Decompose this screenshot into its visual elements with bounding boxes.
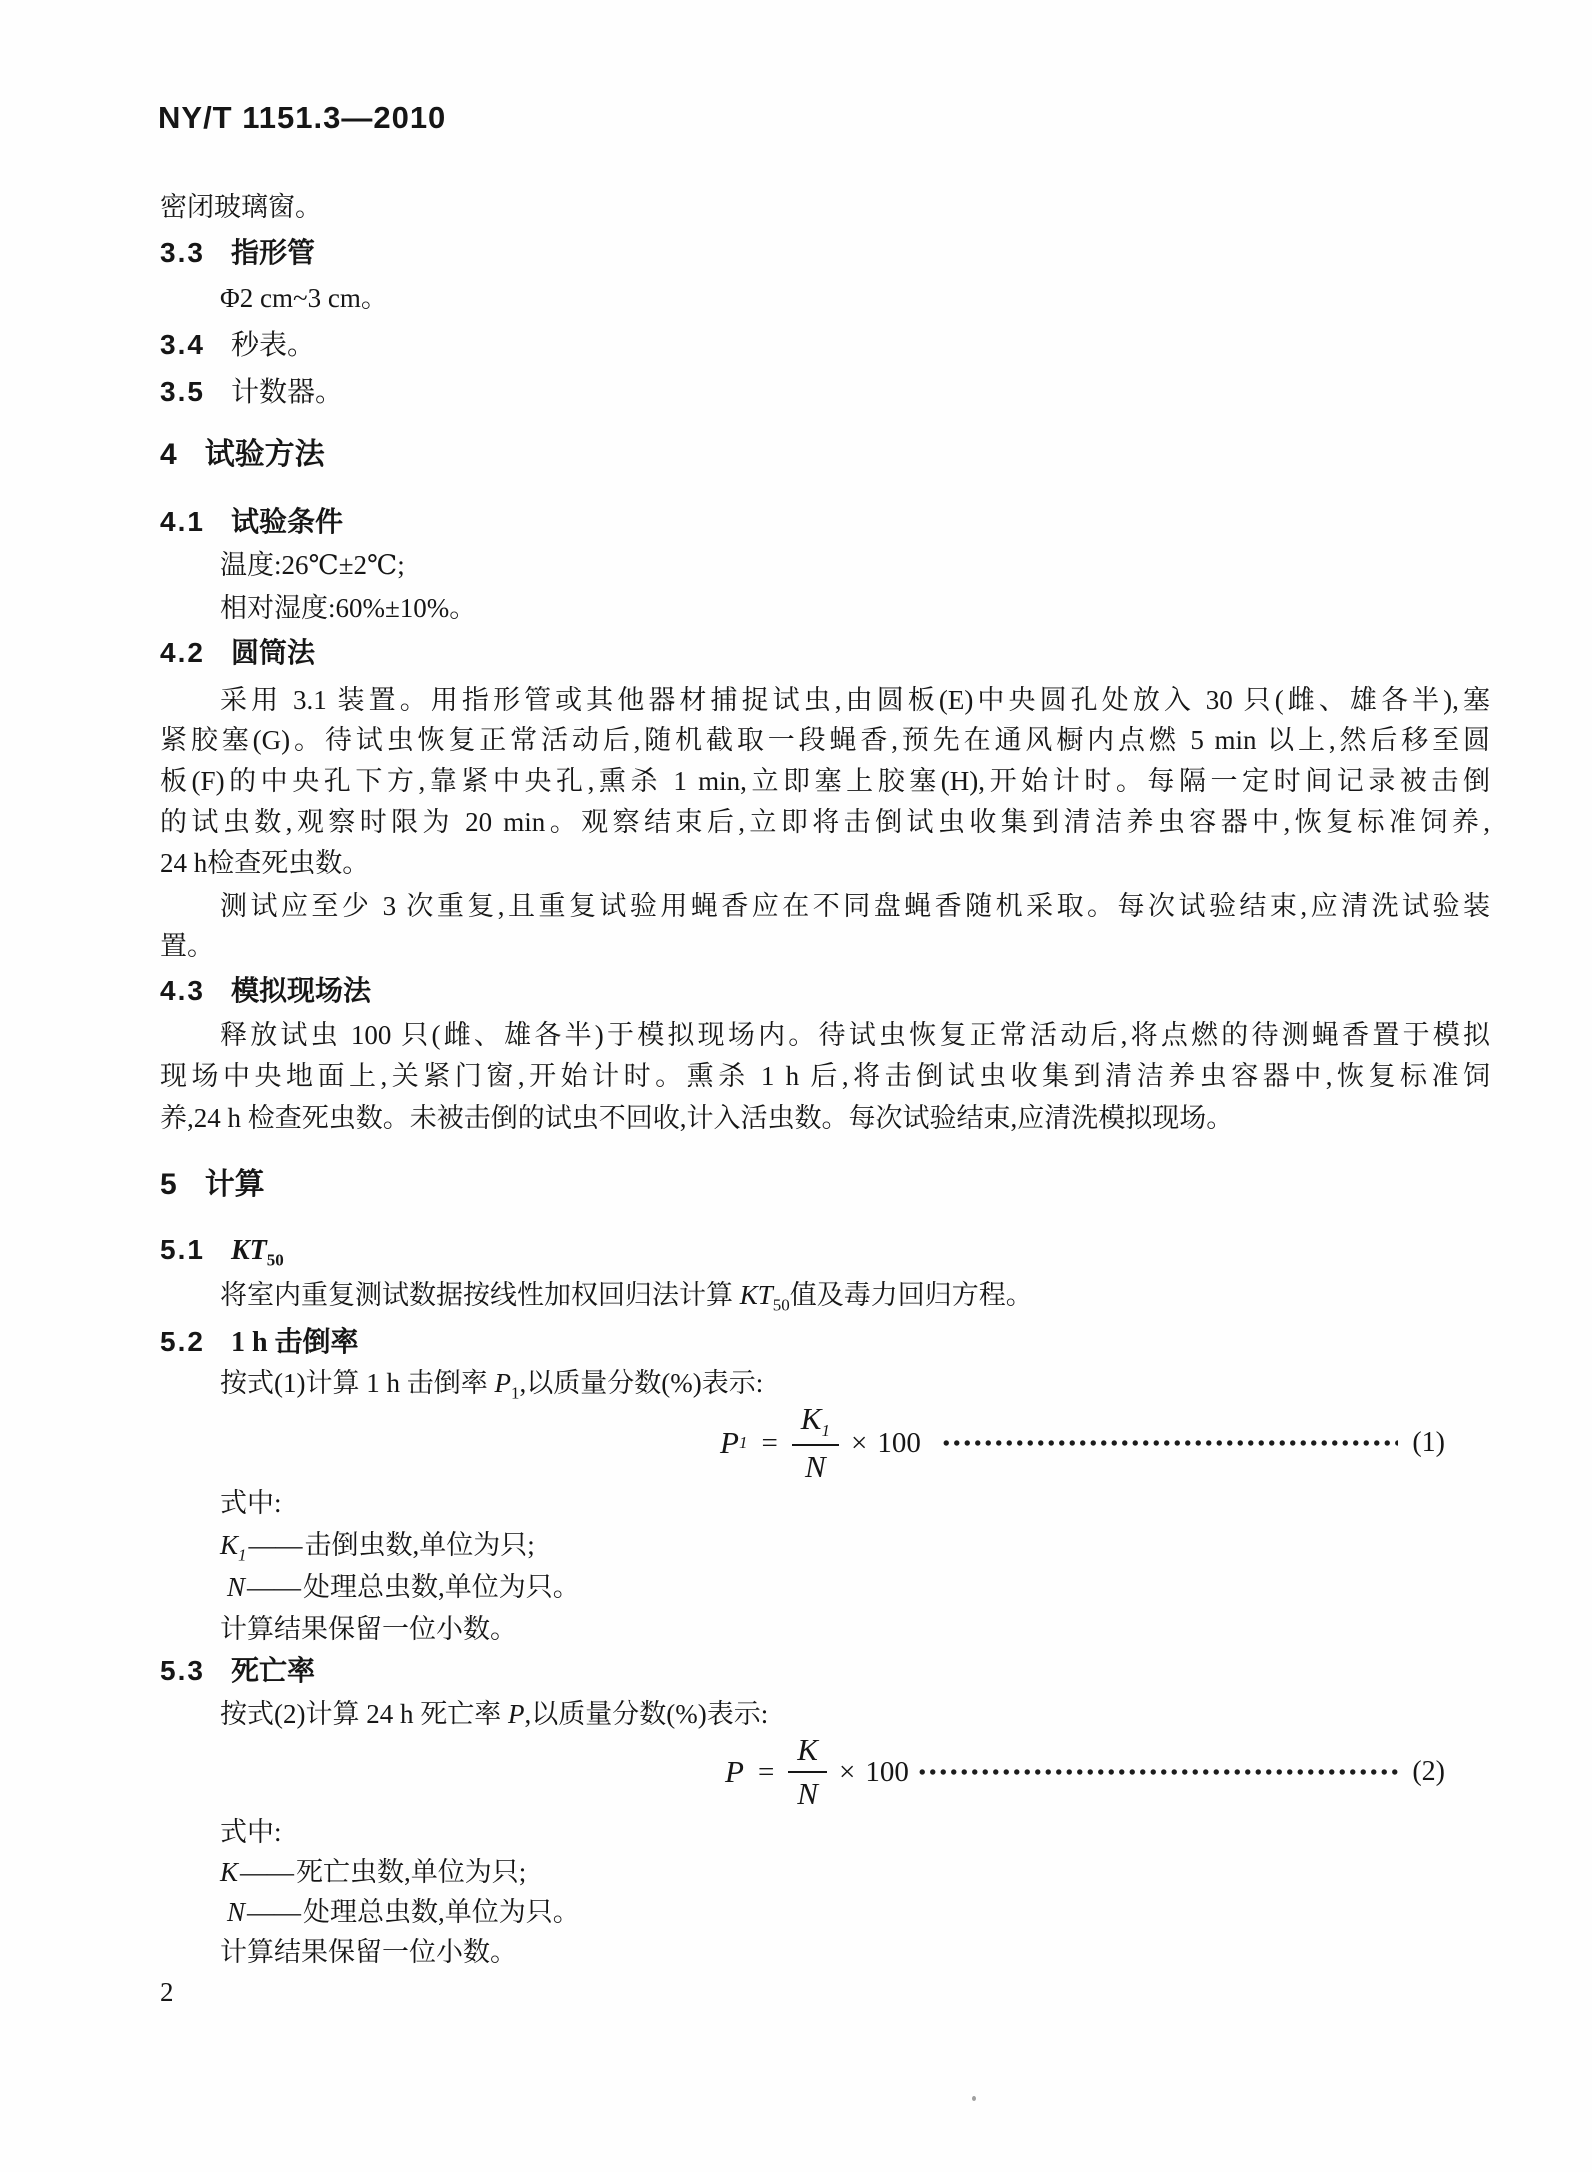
definition-text: 死亡虫数,单位为只; bbox=[296, 1857, 526, 1887]
formula-lhs: P bbox=[725, 1754, 744, 1790]
section-title: 试验方法 bbox=[205, 438, 325, 471]
section-heading-5-2: 5.21 h 击倒率 bbox=[160, 1322, 359, 1363]
paragraph-line: 将室内重复测试数据按线性加权回归法计算 KT50值及毒力回归方程。 bbox=[160, 1275, 1490, 1325]
scan-speck bbox=[972, 2096, 976, 2101]
section-title: 1 h 击倒率 bbox=[231, 1327, 359, 1358]
definition-text: 处理总虫数,单位为只。 bbox=[303, 1897, 580, 1927]
formula-lhs-subscript: 1 bbox=[739, 1433, 748, 1453]
definition-dash: —— bbox=[247, 1572, 301, 1602]
section-heading-4-2: 4.2圆筒法 bbox=[160, 633, 315, 674]
subscript: 50 bbox=[773, 1295, 790, 1314]
section-title: 试验条件 bbox=[231, 507, 343, 538]
formula-1: P1 = K1N × 100 (1) bbox=[160, 1403, 1445, 1483]
fraction-numerator: K bbox=[788, 1732, 827, 1773]
paragraph-line: 按式(2)计算 24 h 死亡率 P,以质量分数(%)表示: bbox=[160, 1694, 1490, 1734]
section-number: 4 bbox=[160, 438, 179, 471]
formula-2: P = KN × 100 (2) bbox=[160, 1732, 1445, 1812]
section-title: 指形管 bbox=[231, 238, 315, 269]
section-heading-4-3: 4.3模拟现场法 bbox=[160, 971, 371, 1012]
text-segment: 按式(1)计算 1 h 击倒率 bbox=[220, 1368, 494, 1398]
definition-text: 处理总虫数,单位为只。 bbox=[303, 1572, 580, 1602]
fraction: KN bbox=[788, 1732, 827, 1811]
section-title: 计算 bbox=[205, 1168, 265, 1201]
dot-leader bbox=[941, 1435, 1399, 1451]
equation-number: (2) bbox=[1412, 1756, 1445, 1788]
standard-number: NY/T 1151.3—2010 bbox=[158, 100, 446, 136]
section-title: 计数器。 bbox=[231, 377, 343, 408]
variable-kt: KT bbox=[740, 1280, 773, 1310]
paragraph-line: 释放试虫 100 只(雌、雄各半)于模拟现场内。待试虫恢复正常活动后,将点燃的待… bbox=[160, 1015, 1490, 1055]
document-page: NY/T 1151.3—2010 密闭玻璃窗。 3.3指形管 Φ2 cm~3 c… bbox=[0, 0, 1592, 2172]
section-heading-5-1: 5.1KT50 bbox=[160, 1230, 284, 1281]
section-number: 4.1 bbox=[160, 506, 205, 537]
section-number: 5 bbox=[160, 1168, 179, 1201]
paragraph-line: Φ2 cm~3 cm。 bbox=[160, 278, 1490, 318]
paragraph-line: 温度:26℃±2℃; bbox=[160, 545, 1490, 585]
section-heading-5-3: 5.3死亡率 bbox=[160, 1651, 315, 1692]
subscript: 1 bbox=[821, 1421, 830, 1440]
paragraph-line: 24 h检查死虫数。 bbox=[160, 843, 1490, 883]
equals-sign: = bbox=[758, 1756, 774, 1789]
section-number: 3.5 bbox=[160, 376, 205, 407]
section-number: 5.2 bbox=[160, 1326, 205, 1357]
variable-n: N bbox=[227, 1572, 245, 1602]
paragraph-line: 置。 bbox=[160, 926, 1490, 966]
fraction-numerator: K1 bbox=[792, 1401, 839, 1446]
section-number: 4.2 bbox=[160, 637, 205, 668]
section-title: 圆筒法 bbox=[231, 638, 315, 669]
definition-label: 式中: bbox=[160, 1483, 1490, 1523]
variable-k: K bbox=[220, 1530, 238, 1560]
definition-dash: —— bbox=[247, 1897, 301, 1927]
definition-dash: —— bbox=[249, 1530, 303, 1560]
paragraph-line: 计算结果保留一位小数。 bbox=[160, 1932, 1490, 1972]
text-segment: 按式(2)计算 24 h 死亡率 bbox=[220, 1699, 508, 1729]
section-title-subscript: 50 bbox=[267, 1251, 284, 1270]
paragraph-line: 现场中央地面上,关紧门窗,开始计时。熏杀 1 h 后,将击倒试虫收集到清洁养虫容… bbox=[160, 1056, 1490, 1096]
text-segment: 值及毒力回归方程。 bbox=[790, 1280, 1033, 1310]
definition-label: 式中: bbox=[160, 1812, 1490, 1852]
definition-line: K——死亡虫数,单位为只; bbox=[160, 1852, 1490, 1892]
paragraph-line: 紧胶塞(G)。待试虫恢复正常活动后,随机截取一段蝇香,预先在通风橱内点燃 5 m… bbox=[160, 720, 1490, 760]
variable-k: K bbox=[801, 1401, 822, 1436]
text-segment: ,以质量分数(%)表示: bbox=[524, 1699, 768, 1729]
paragraph-line: 测试应至少 3 次重复,且重复试验用蝇香应在不同盘蝇香随机采取。每次试验结束,应… bbox=[160, 886, 1490, 926]
equation-number: (1) bbox=[1412, 1427, 1445, 1459]
variable-k: K bbox=[220, 1857, 238, 1887]
variable-p: P bbox=[494, 1368, 511, 1398]
section-heading-4-1: 4.1试验条件 bbox=[160, 502, 343, 543]
fraction-denominator: N bbox=[805, 1446, 826, 1485]
section-title: 死亡率 bbox=[231, 1656, 315, 1687]
paragraph-line: 的试虫数,观察时限为 20 min。观察结束后,立即将击倒试虫收集到清洁养虫容器… bbox=[160, 802, 1490, 842]
equals-sign: = bbox=[761, 1427, 777, 1460]
section-number: 3.4 bbox=[160, 329, 205, 360]
variable-p: P bbox=[508, 1699, 525, 1729]
section-heading-3-4: 3.4秒表。 bbox=[160, 325, 315, 366]
paragraph-line: 采用 3.1 装置。用指形管或其他器材捕捉试虫,由圆板(E)中央圆孔处放入 30… bbox=[160, 680, 1490, 720]
fraction-denominator: N bbox=[797, 1773, 818, 1812]
paragraph-line: 密闭玻璃窗。 bbox=[160, 187, 1490, 227]
text-segment: ,以质量分数(%)表示: bbox=[519, 1368, 763, 1398]
multiply-sign: × bbox=[839, 1756, 855, 1789]
section-title-variable: KT bbox=[231, 1235, 267, 1266]
definition-dash: —— bbox=[240, 1857, 294, 1887]
section-heading-3-3: 3.3指形管 bbox=[160, 233, 315, 274]
subscript: 1 bbox=[238, 1545, 247, 1564]
section-title: 秒表。 bbox=[231, 330, 315, 361]
coefficient: 100 bbox=[865, 1756, 909, 1789]
variable-n: N bbox=[227, 1897, 245, 1927]
text-segment: 将室内重复测试数据按线性加权回归法计算 bbox=[220, 1280, 740, 1310]
dot-leader bbox=[917, 1764, 1399, 1780]
paragraph-line: 板(F)的中央孔下方,靠紧中央孔,熏杀 1 min,立即塞上胶塞(H),开始计时… bbox=[160, 761, 1490, 801]
section-heading-3-5: 3.5计数器。 bbox=[160, 372, 343, 413]
formula-lhs: P bbox=[720, 1425, 739, 1461]
section-number: 5.1 bbox=[160, 1234, 205, 1265]
section-number: 3.3 bbox=[160, 237, 205, 268]
definition-text: 击倒虫数,单位为只; bbox=[305, 1530, 535, 1560]
section-heading-4: 4试验方法 bbox=[160, 435, 325, 475]
section-title: 模拟现场法 bbox=[231, 976, 371, 1007]
definition-line: N——处理总虫数,单位为只。 bbox=[160, 1567, 1490, 1607]
paragraph-line: 养,24 h 检查死虫数。未被击倒的试虫不回收,计入活虫数。每次试验结束,应清洗… bbox=[160, 1098, 1490, 1138]
coefficient: 100 bbox=[877, 1427, 921, 1460]
section-number: 5.3 bbox=[160, 1655, 205, 1686]
paragraph-line: 相对湿度:60%±10%。 bbox=[160, 588, 1490, 628]
section-heading-5: 5计算 bbox=[160, 1165, 265, 1205]
paragraph-line: 计算结果保留一位小数。 bbox=[160, 1609, 1490, 1649]
fraction: K1N bbox=[792, 1401, 839, 1484]
section-number: 4.3 bbox=[160, 975, 205, 1006]
multiply-sign: × bbox=[851, 1427, 867, 1460]
page-number: 2 bbox=[160, 1972, 174, 2012]
definition-line: N——处理总虫数,单位为只。 bbox=[160, 1892, 1490, 1932]
